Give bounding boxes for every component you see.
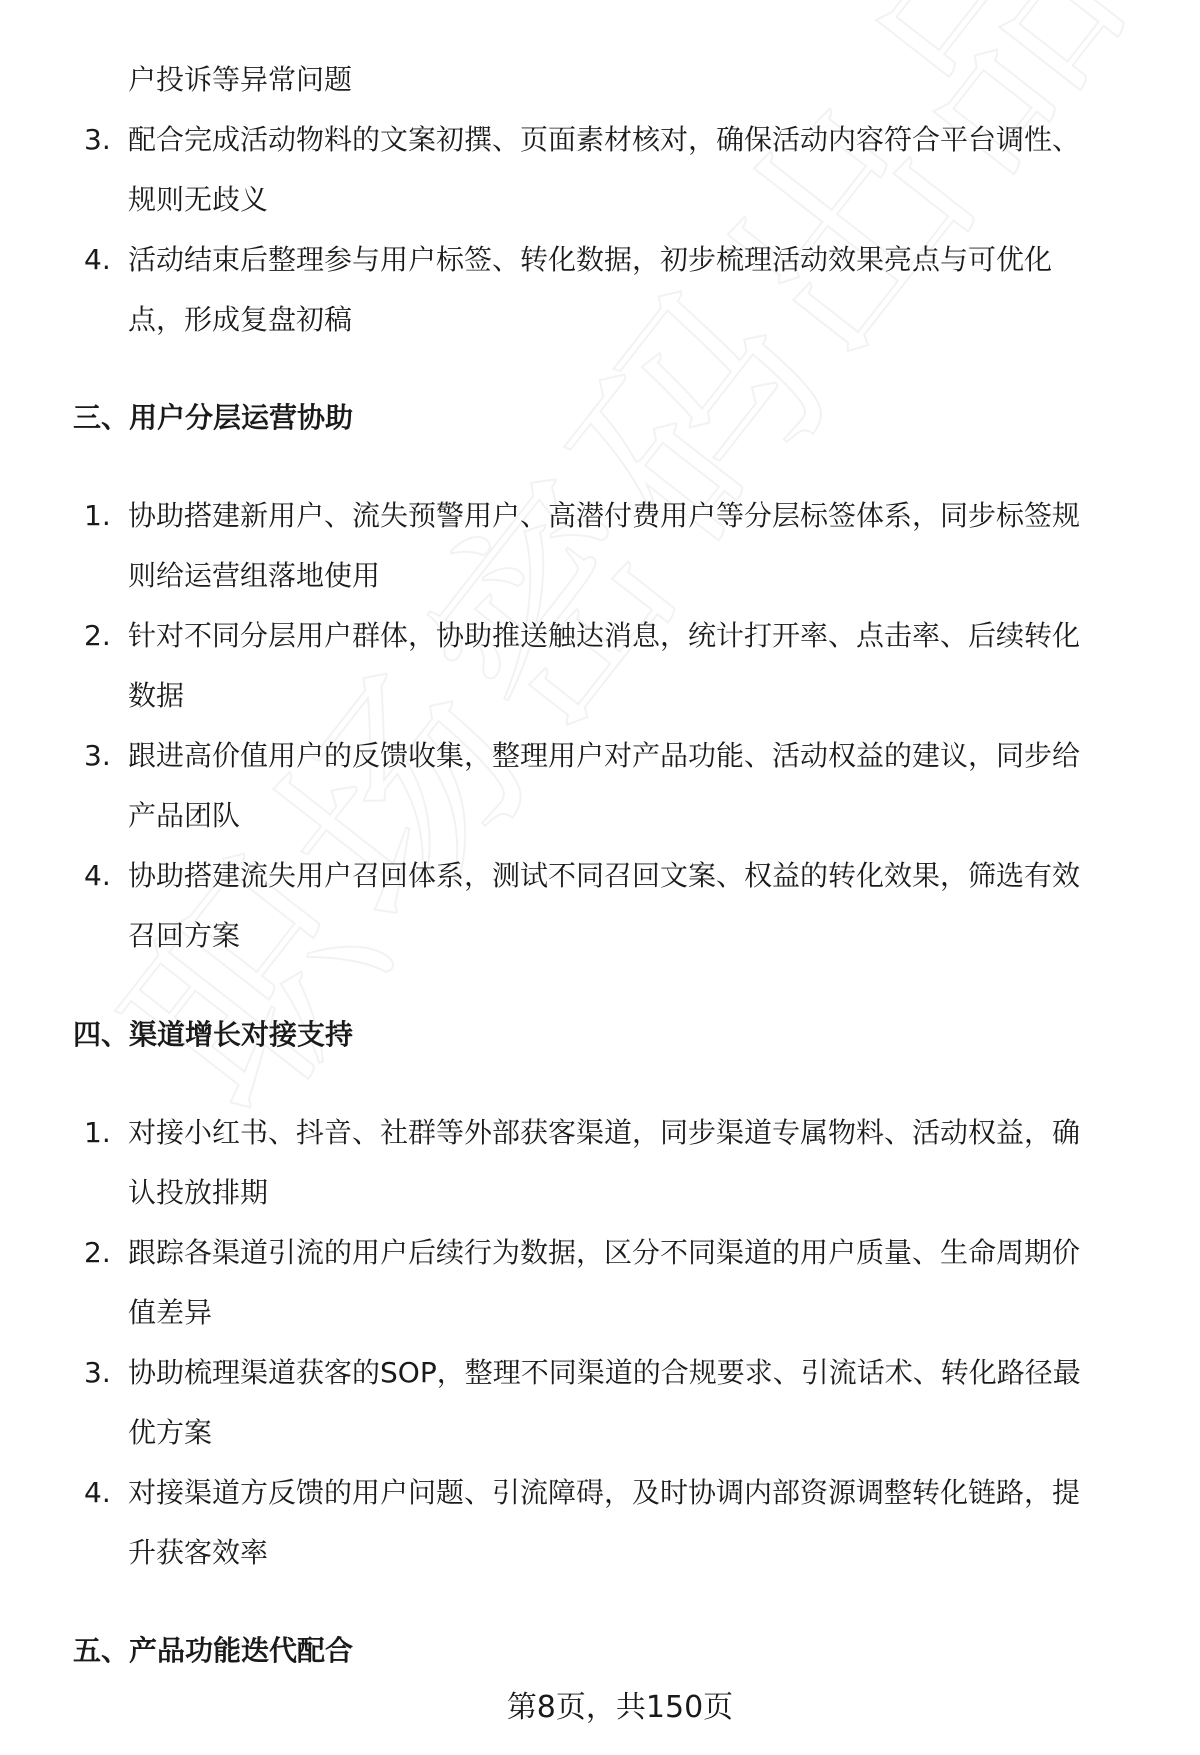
continuation-text: 户投诉等异常问题 [128, 62, 352, 98]
list-number: 2. [84, 1235, 111, 1271]
list-number: 4. [84, 1475, 111, 1511]
page-number: 第8页，共150页 [0, 1690, 1200, 1726]
list-item-line: 升获客效率 [128, 1535, 268, 1571]
list-number: 4. [84, 858, 111, 894]
list-item-line: 产品团队 [128, 798, 240, 834]
list-item-line: 协助梳理渠道获客的SOP，整理不同渠道的合规要求、引流话术、转化路径最 [128, 1355, 1081, 1391]
list-number: 3. [84, 122, 111, 158]
list-item-line: 跟踪各渠道引流的用户后续行为数据，区分不同渠道的用户质量、生命周期价 [128, 1235, 1080, 1271]
list-item-line: 配合完成活动物料的文案初撰、页面素材核对，确保活动内容符合平台调性、 [128, 122, 1080, 158]
list-item-line: 针对不同分层用户群体，协助推送触达消息，统计打开率、点击率、后续转化 [128, 618, 1080, 654]
list-item-line: 值差异 [128, 1295, 212, 1331]
list-item-line: 对接渠道方反馈的用户问题、引流障碍，及时协调内部资源调整转化链路，提 [128, 1475, 1080, 1511]
list-number: 4. [84, 242, 111, 278]
list-item-line: 活动结束后整理参与用户标签、转化数据，初步梳理活动效果亮点与可优化 [128, 242, 1052, 278]
section-heading: 五、产品功能迭代配合 [73, 1633, 353, 1669]
list-item-line: 召回方案 [128, 918, 240, 954]
list-item-line: 则给运营组落地使用 [128, 558, 380, 594]
list-item-line: 点，形成复盘初稿 [128, 302, 352, 338]
list-item-line: 规则无歧义 [128, 182, 268, 218]
list-item-line: 协助搭建流失用户召回体系，测试不同召回文案、权益的转化效果，筛选有效 [128, 858, 1080, 894]
list-number: 3. [84, 1355, 111, 1391]
section-heading: 四、渠道增长对接支持 [73, 1017, 353, 1053]
list-item-line: 优方案 [128, 1415, 212, 1451]
list-item-line: 跟进高价值用户的反馈收集，整理用户对产品功能、活动权益的建议，同步给 [128, 738, 1080, 774]
section-heading: 三、用户分层运营协助 [73, 400, 353, 436]
list-number: 3. [84, 738, 111, 774]
list-number: 1. [84, 498, 111, 534]
list-item-line: 对接小红书、抖音、社群等外部获客渠道，同步渠道专属物料、活动权益，确 [128, 1115, 1080, 1151]
list-number: 1. [84, 1115, 111, 1151]
list-item-line: 认投放排期 [128, 1175, 268, 1211]
list-item-line: 数据 [128, 678, 184, 714]
list-item-line: 协助搭建新用户、流失预警用户、高潜付费用户等分层标签体系，同步标签规 [128, 498, 1080, 534]
list-number: 2. [84, 618, 111, 654]
